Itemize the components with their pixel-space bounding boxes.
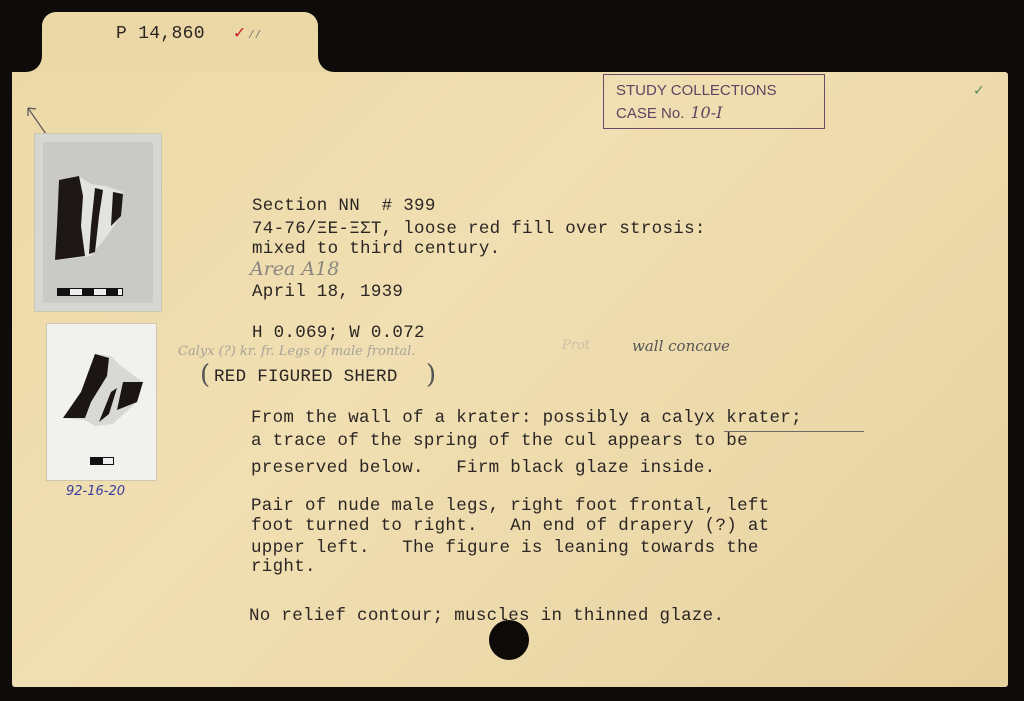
date-line: April 18, 1939 [252,282,403,302]
description-3: No relief contour; muscles in thinned gl… [249,606,724,626]
description-1-line-2: a trace of the spring of the cul appears… [251,431,748,451]
pencil-arrow-icon [26,106,50,136]
stamp-line1: STUDY COLLECTIONS [616,80,824,102]
photo-inventory-number: 92-16-20 [66,484,125,499]
pencil-mark: // [248,30,261,42]
section-line: Section NN # 399 [252,196,436,216]
description-1-line-1: From the wall of a krater: possibly a ca… [251,408,802,428]
context-line-2: mixed to third century. [252,239,500,259]
punch-hole [489,620,529,660]
handwritten-erased-note: Prot [562,338,590,353]
handwritten-area: Area A18 [250,258,339,280]
study-collections-stamp: STUDY COLLECTIONS CASE No.10-I [603,74,825,129]
sherd-photo-exterior [35,134,161,311]
handwritten-note-left: Calyx (?) kr. fr. Legs of male frontal. [178,344,415,359]
context-line-1: 74-76/ΞΕ-ΞΣΤ, loose red fill over strosi… [252,219,706,239]
sherd-image [61,352,145,432]
description-2-line-2: foot turned to right. An end of drapery … [251,516,769,536]
stamp-case-label: CASE No. [616,105,684,122]
description-2-line-3: upper left. The figure is leaning toward… [251,538,759,558]
sherd-image [51,176,131,266]
pencil-paren-right: ) [426,360,436,390]
handwritten-note-right: wall concave [632,337,730,355]
sherd-photo-profile [47,324,156,480]
description-2-line-1: Pair of nude male legs, right foot front… [251,496,769,516]
green-check-mark-icon: ✓ [974,80,984,100]
description-1-line-3: preserved below. Firm black glaze inside… [251,458,715,478]
classification-line: RED FIGURED SHERD [214,367,398,387]
pencil-paren-left: ( [200,360,210,390]
catalog-card [12,72,1008,687]
scale-bar [90,457,114,465]
dimensions-line: H 0.069; W 0.072 [252,323,425,343]
stamp-case-number: 10-I [690,103,722,122]
red-check-mark-icon: ✓ [234,22,245,44]
description-2-line-4: right. [251,557,316,577]
stamp-line2: CASE No.10-I [616,102,824,125]
scale-bar [57,288,123,296]
accession-number: P 14,860 [116,24,205,44]
